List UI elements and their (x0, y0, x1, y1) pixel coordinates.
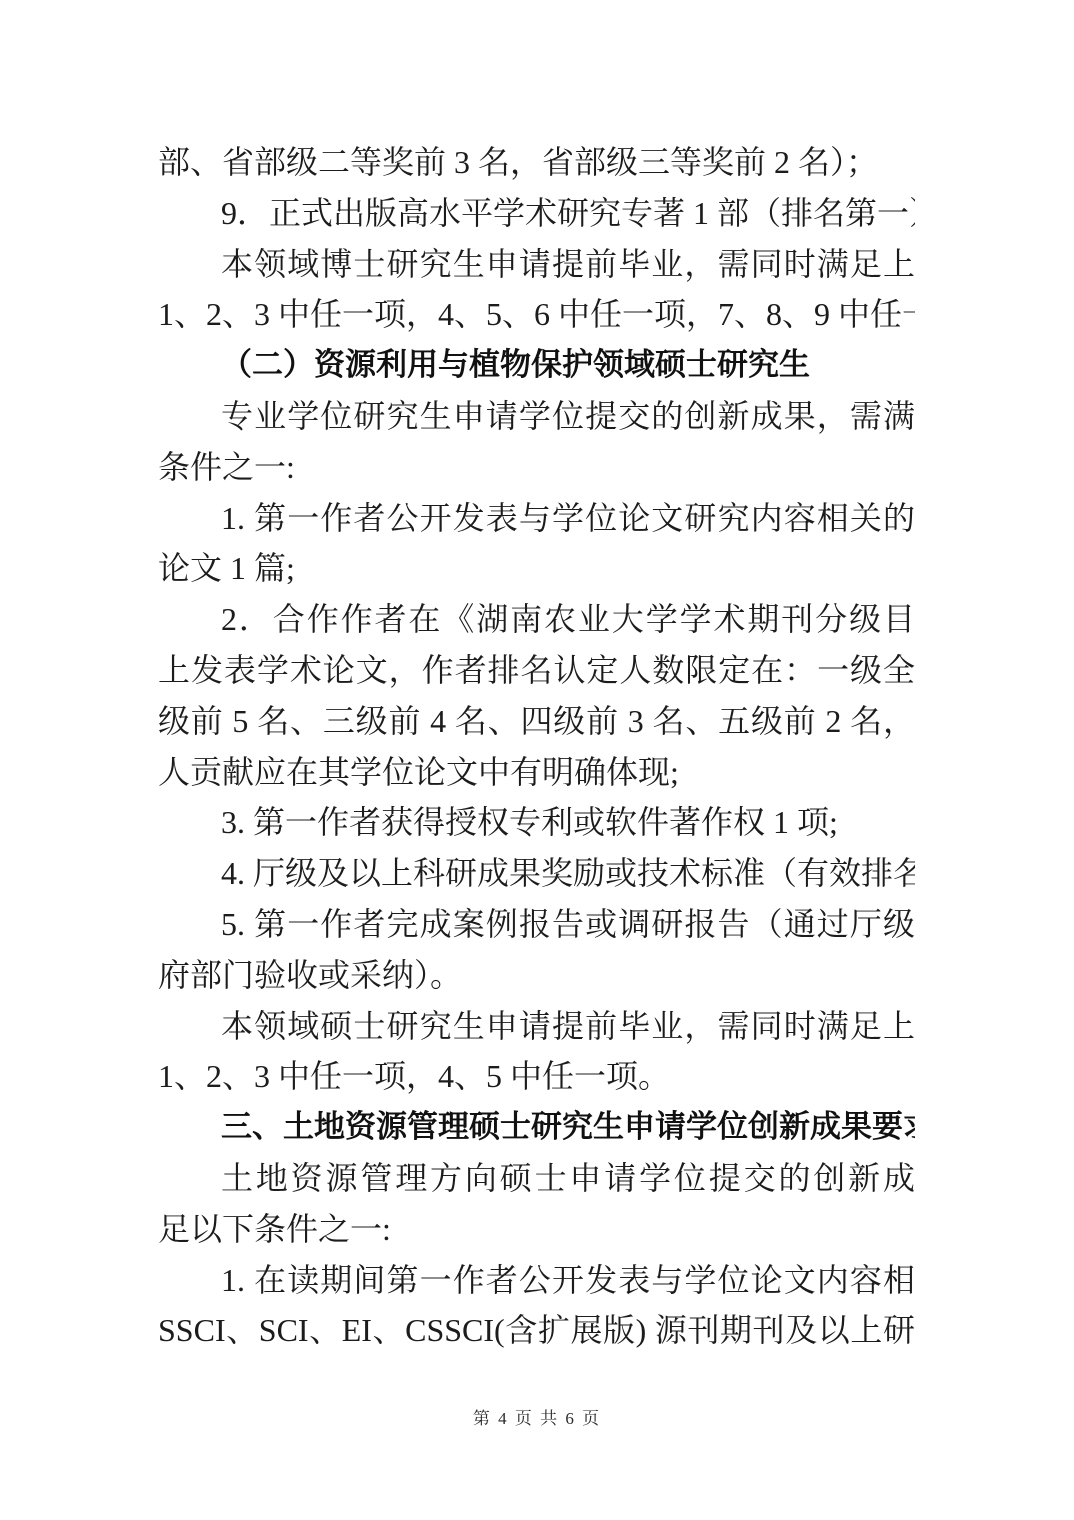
text-line: 3. 第一作者获得授权专利或软件著作权 1 项; (158, 797, 915, 848)
text-line: 本领域博士研究生申请提前毕业，需同时满足上述条件 (158, 239, 915, 290)
text-line: 4. 厅级及以上科研成果奖励或技术标准（有效排名）; (158, 848, 915, 899)
text-line: 1. 第一作者公开发表与学位论文研究内容相关的学术 (158, 493, 915, 544)
section-heading: （二）资源利用与植物保护领域硕士研究生 (158, 340, 915, 391)
text-line: 府部门验收或采纳）。 (158, 950, 915, 1001)
text-line: 部、省部级二等奖前 3 名，省部级三等奖前 2 名）； (158, 137, 915, 188)
text-line: 本领域硕士研究生申请提前毕业，需同时满足上述条件 (158, 1001, 915, 1052)
page-number: 第 4 页 共 6 页 (0, 1404, 1074, 1429)
text-line: 上发表学术论文，作者排名认定人数限定在：一级全部、二 (158, 645, 915, 696)
text-line: 5. 第一作者完成案例报告或调研报告（通过厅级以上政 (158, 899, 915, 950)
text-line: 足以下条件之一: (158, 1204, 915, 1255)
text-line: 1、2、3 中任一项，4、5 中任一项。 (158, 1051, 915, 1102)
document-page: 部、省部级二等奖前 3 名，省部级三等奖前 2 名）；9．正式出版高水平学术研究… (0, 0, 1074, 1520)
text-line: 2．合作作者在《湖南农业大学学术期刊分级目录》期刊 (158, 594, 915, 645)
text-line: 专业学位研究生申请学位提交的创新成果，需满足以下 (158, 391, 915, 442)
text-line: 条件之一: (158, 442, 915, 493)
text-line: 9．正式出版高水平学术研究专著 1 部（排名第一）。 (158, 188, 915, 239)
text-line: 论文 1 篇; (158, 543, 915, 594)
text-line: 土地资源管理方向硕士申请学位提交的创新成果，需满 (158, 1153, 915, 1204)
document-body: 部、省部级二等奖前 3 名，省部级三等奖前 2 名）；9．正式出版高水平学术研究… (158, 137, 915, 1356)
text-line: 人贡献应在其学位论文中有明确体现; (158, 747, 915, 798)
text-line: 1、2、3 中任一项，4、5、6 中任一项，7、8、9 中任一项。 (158, 289, 915, 340)
section-heading: 三、土地资源管理硕士研究生申请学位创新成果要求 (158, 1102, 915, 1153)
text-line: SSCI、SCI、EI、CSSCI(含扩展版) 源刊期刊及以上研究性期 (158, 1305, 915, 1356)
text-line: 1. 在读期间第一作者公开发表与学位论文内容相关的 (158, 1255, 915, 1306)
text-line: 级前 5 名、三级前 4 名、四级前 3 名、五级前 2 名，且申请 (158, 696, 915, 747)
